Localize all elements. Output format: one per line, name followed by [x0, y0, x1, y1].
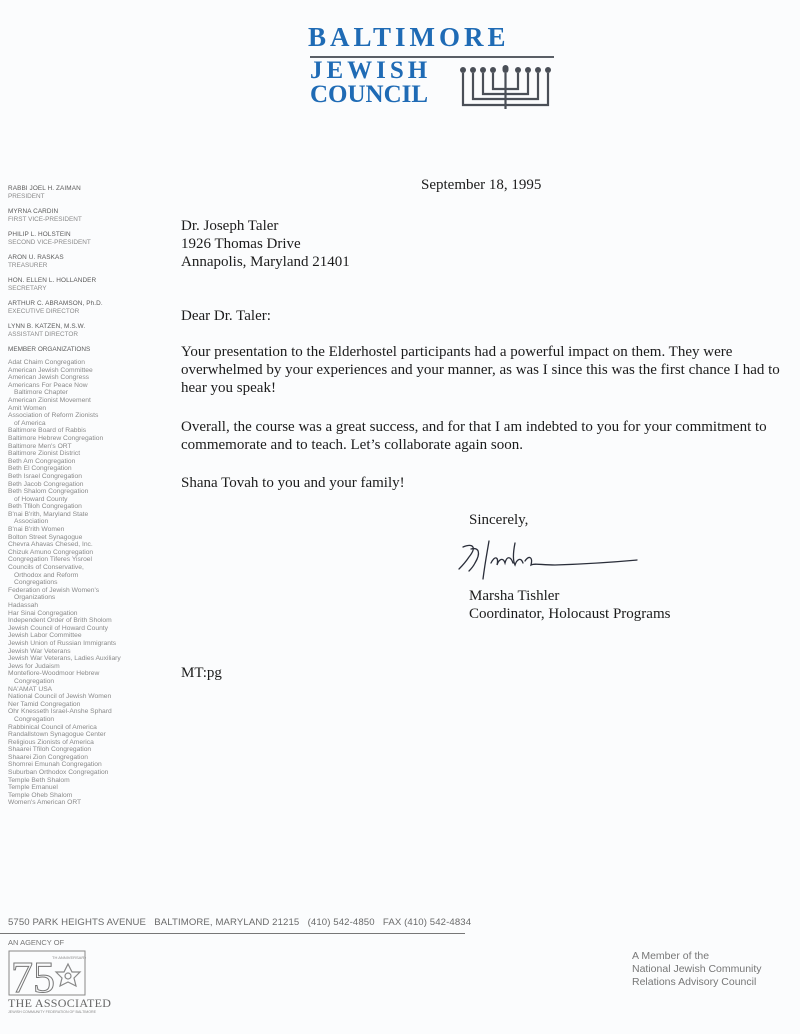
officer-name: HON. ELLEN L. HOLLANDER [8, 277, 148, 285]
officer-name: LYNN B. KATZEN, M.S.W. [8, 323, 148, 331]
member-org-item: Shaarei Zion Congregation [8, 754, 148, 762]
member-org-item: Independent Order of Brith Sholom [8, 617, 148, 625]
officer-title: EXECUTIVE DIRECTOR [8, 308, 148, 316]
recipient-name: Dr. Joseph Taler [181, 217, 350, 235]
officer-entry: MYRNA CARDINFIRST VICE-PRESIDENT [8, 208, 148, 224]
officer-name: ARTHUR C. ABRAMSON, Ph.D. [8, 300, 148, 308]
signer-block: Marsha Tishler Coordinator, Holocaust Pr… [469, 587, 670, 623]
member-org-item: Amit Women [8, 405, 148, 413]
footer-divider [0, 933, 465, 934]
salutation: Dear Dr. Taler: [181, 307, 271, 325]
member-org-item: Jewish Labor Committee [8, 632, 148, 640]
member-org-item: Association [8, 518, 148, 526]
member-org-item: Baltimore Men's ORT [8, 443, 148, 451]
member-org-item: Jewish Union of Russian Immigrants [8, 640, 148, 648]
member-org-item: Organizations [8, 594, 148, 602]
agency-label: AN AGENCY OF [8, 938, 64, 947]
member-org-item: Jews for Judaism [8, 663, 148, 671]
member-org-item: Baltimore Zionist District [8, 450, 148, 458]
member-org-item: Women's American ORT [8, 799, 148, 807]
member-org-item: Jewish War Veterans [8, 648, 148, 656]
member-org-item: Ner Tamid Congregation [8, 701, 148, 709]
officer-entry: ARTHUR C. ABRAMSON, Ph.D.EXECUTIVE DIREC… [8, 300, 148, 316]
member-org-item: Montefiore-Woodmoor Hebrew [8, 670, 148, 678]
member-org-item: Jewish Council of Howard County [8, 625, 148, 633]
paragraph-1: Your presentation to the Elderhostel par… [181, 343, 781, 397]
officer-title: FIRST VICE-PRESIDENT [8, 216, 148, 224]
officer-title: PRESIDENT [8, 193, 148, 201]
officer-name: ARON U. RASKAS [8, 254, 148, 262]
recipient-city: Annapolis, Maryland 21401 [181, 253, 350, 271]
svg-text:75: 75 [11, 953, 55, 1002]
member-org-item: Baltimore Chapter [8, 389, 148, 397]
officer-entry: ARON U. RASKASTREASURER [8, 254, 148, 270]
member-org-item: Beth Shalom Congregation [8, 488, 148, 496]
member-org-item: American Jewish Congress [8, 374, 148, 382]
member-org-item: Beth Tfiloh Congregation [8, 503, 148, 511]
member-orgs-heading: MEMBER ORGANIZATIONS [8, 346, 148, 353]
member-org-item: Bolton Street Synagogue [8, 534, 148, 542]
member-org-item: Temple Beth Shalom [8, 777, 148, 785]
signer-name: Marsha Tishler [469, 587, 670, 605]
letterhead-sidebar: RABBI JOEL H. ZAIMANPRESIDENTMYRNA CARDI… [8, 185, 148, 807]
officer-title: SECRETARY [8, 285, 148, 293]
membership-note: A Member of the National Jewish Communit… [632, 950, 762, 989]
member-org-item: Orthodox and Reform [8, 572, 148, 580]
member-org-item: Federation of Jewish Women's [8, 587, 148, 595]
member-org-item: National Council of Jewish Women [8, 693, 148, 701]
member-org-item: Adat Chaim Congregation [8, 359, 148, 367]
snowflake-star-icon [56, 964, 80, 986]
member-org-item: Jewish War Veterans, Ladies Auxiliary [8, 655, 148, 663]
member-note-line-1: A Member of the [632, 950, 762, 963]
member-org-item: Hadassah [8, 602, 148, 610]
member-org-item: Shomrei Emunah Congregation [8, 761, 148, 769]
svg-text:TH ANNIVERSARY: TH ANNIVERSARY [52, 955, 86, 960]
member-org-item: Chevra Ahavas Chesed, Inc. [8, 541, 148, 549]
member-org-item: American Jewish Committee [8, 367, 148, 375]
member-note-line-2: National Jewish Community [632, 963, 762, 976]
member-org-item: Congregation Tiferes Yisroel [8, 556, 148, 564]
member-org-item: Association of Reform Zionists [8, 412, 148, 420]
member-org-item: of Howard County [8, 496, 148, 504]
member-org-item: of America [8, 420, 148, 428]
member-org-item: Beth Israel Congregation [8, 473, 148, 481]
officer-name: MYRNA CARDIN [8, 208, 148, 216]
member-org-item: Temple Emanuel [8, 784, 148, 792]
footer-address: 5750 PARK HEIGHTS AVENUE BALTIMORE, MARY… [8, 917, 471, 928]
officer-entry: PHILIP L. HOLSTEINSECOND VICE-PRESIDENT [8, 231, 148, 247]
member-org-item: Congregation [8, 716, 148, 724]
member-org-item: Congregations [8, 579, 148, 587]
officer-name: RABBI JOEL H. ZAIMAN [8, 185, 148, 193]
org-name-baltimore: BALTIMORE [308, 22, 510, 53]
member-org-item: Religious Zionists of America [8, 739, 148, 747]
member-org-item: Councils of Conservative, [8, 564, 148, 572]
member-org-item: NA'AMAT USA [8, 686, 148, 694]
menorah-icon [458, 65, 553, 110]
paragraph-2: Overall, the course was a great success,… [181, 418, 781, 454]
member-orgs-list: Adat Chaim CongregationAmerican Jewish C… [8, 359, 148, 807]
member-org-item: Baltimore Board of Rabbis [8, 427, 148, 435]
member-org-item: Randallstown Synagogue Center [8, 731, 148, 739]
recipient-street: 1926 Thomas Drive [181, 235, 350, 253]
member-note-line-3: Relations Advisory Council [632, 976, 762, 989]
officer-entry: HON. ELLEN L. HOLLANDERSECRETARY [8, 277, 148, 293]
member-org-item: Americans For Peace Now [8, 382, 148, 390]
signer-title: Coordinator, Holocaust Programs [469, 605, 670, 623]
handwritten-signature [455, 535, 645, 585]
org-name-council: COUNCIL [310, 82, 428, 108]
member-org-item: Temple Oheb Shalom [8, 792, 148, 800]
officer-title: SECOND VICE-PRESIDENT [8, 239, 148, 247]
officers-list: RABBI JOEL H. ZAIMANPRESIDENTMYRNA CARDI… [8, 185, 148, 339]
officer-title: ASSISTANT DIRECTOR [8, 331, 148, 339]
member-org-item: Beth Am Congregation [8, 458, 148, 466]
member-org-item: Har Sinai Congregation [8, 610, 148, 618]
closing: Sincerely, [469, 511, 528, 529]
member-org-item: American Zionist Movement [8, 397, 148, 405]
recipient-address: Dr. Joseph Taler 1926 Thomas Drive Annap… [181, 217, 350, 271]
officer-title: TREASURER [8, 262, 148, 270]
member-org-item: Congregation [8, 678, 148, 686]
associated-name: THE ASSOCIATED [8, 996, 111, 1011]
member-org-item: B'nai B'rith Women [8, 526, 148, 534]
officer-entry: RABBI JOEL H. ZAIMANPRESIDENT [8, 185, 148, 201]
member-org-item: Beth El Congregation [8, 465, 148, 473]
paragraph-3: Shana Tovah to you and your family! [181, 474, 405, 492]
member-org-item: Rabbinical Council of America [8, 724, 148, 732]
member-org-item: B'nai B'rith, Maryland State [8, 511, 148, 519]
member-org-item: Suburban Orthodox Congregation [8, 769, 148, 777]
member-org-item: Ohr Knesseth Israel-Anshe Sphard [8, 708, 148, 716]
officer-name: PHILIP L. HOLSTEIN [8, 231, 148, 239]
typist-initials: MT:pg [181, 664, 222, 682]
member-org-item: Beth Jacob Congregation [8, 481, 148, 489]
associated-subtitle: JEWISH COMMUNITY FEDERATION OF BALTIMORE [8, 1010, 96, 1014]
member-org-item: Baltimore Hebrew Congregation [8, 435, 148, 443]
member-org-item: Chizuk Amuno Congregation [8, 549, 148, 557]
officer-entry: LYNN B. KATZEN, M.S.W.ASSISTANT DIRECTOR [8, 323, 148, 339]
letter-date: September 18, 1995 [421, 176, 541, 194]
letterhead-logo: BALTIMORE JEWISH COUNCIL [308, 22, 558, 112]
member-org-item: Shaarei Tfiloh Congregation [8, 746, 148, 754]
